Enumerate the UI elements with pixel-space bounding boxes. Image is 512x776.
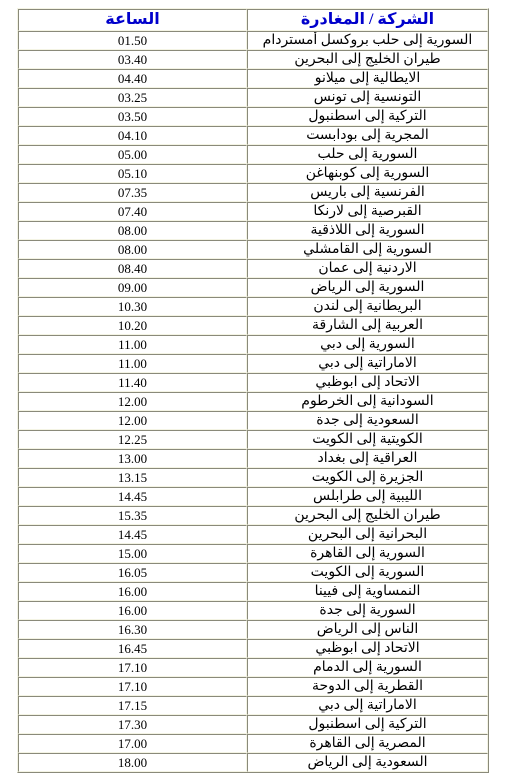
time-cell: 16.00 [18,601,247,620]
time-cell: 14.45 [18,487,247,506]
company-cell: التركية إلى اسطنبول [247,715,488,734]
table-row: النمساوية إلى فيينا16.00 [18,582,488,601]
company-cell: العربية إلى الشارقة [247,316,488,335]
time-cell: 17.00 [18,734,247,753]
table-row: المصرية إلى القاهرة17.00 [18,734,488,753]
time-cell: 11.00 [18,354,247,373]
time-cell: 05.10 [18,164,247,183]
time-column-header: الساعة [18,9,247,31]
table-row: الاتحاد إلى ابوظبي11.40 [18,373,488,392]
table-row: القبرصية إلى لارنكا07.40 [18,202,488,221]
departures-page: الشركة / المغادرة الساعة السورية إلى حلب… [0,0,512,773]
company-cell: السورية إلى حلب [247,145,488,164]
table-row: السورية إلى دبي11.00 [18,335,488,354]
time-cell: 09.00 [18,278,247,297]
company-cell: السودانية إلى الخرطوم [247,392,488,411]
time-cell: 13.15 [18,468,247,487]
table-row: الاماراتية إلى دبي17.15 [18,696,488,715]
company-cell: الجزيرة إلى الكويت [247,468,488,487]
company-cell: القبرصية إلى لارنكا [247,202,488,221]
time-cell: 16.45 [18,639,247,658]
company-cell: الايطالية إلى ميلانو [247,69,488,88]
time-cell: 08.00 [18,221,247,240]
header-row: الشركة / المغادرة الساعة [18,9,488,31]
company-column-header: الشركة / المغادرة [247,9,488,31]
table-row: السودانية إلى الخرطوم12.00 [18,392,488,411]
time-cell: 05.00 [18,145,247,164]
departures-table-body: السورية إلى حلب بروكسل أمستردام01.50طيرا… [18,31,488,772]
table-row: المجرية إلى بودابست04.10 [18,126,488,145]
time-cell: 12.00 [18,392,247,411]
time-cell: 15.00 [18,544,247,563]
table-row: البريطانية إلى لندن10.30 [18,297,488,316]
table-row: الجزيرة إلى الكويت13.15 [18,468,488,487]
table-row: طيران الخليج إلى البحرين03.40 [18,50,488,69]
time-cell: 17.15 [18,696,247,715]
company-cell: السعودية إلى جدة [247,411,488,430]
time-cell: 17.30 [18,715,247,734]
table-row: الاردنية إلى عمان08.40 [18,259,488,278]
table-row: السعودية إلى جدة12.00 [18,411,488,430]
company-cell: السورية إلى الرياض [247,278,488,297]
table-row: العربية إلى الشارقة10.20 [18,316,488,335]
company-cell: البحرانية إلى البحرين [247,525,488,544]
table-row: السورية إلى الدمام17.10 [18,658,488,677]
company-cell: السورية إلى كوبنهاغن [247,164,488,183]
company-cell: السورية إلى القاهرة [247,544,488,563]
company-cell: السعودية إلى الرياض [247,753,488,772]
time-cell: 10.30 [18,297,247,316]
company-cell: طيران الخليج إلى البحرين [247,50,488,69]
table-row: العراقية إلى بغداد13.00 [18,449,488,468]
company-cell: السورية إلى جدة [247,601,488,620]
company-cell: المصرية إلى القاهرة [247,734,488,753]
time-cell: 10.20 [18,316,247,335]
time-cell: 11.40 [18,373,247,392]
company-cell: السورية إلى الكويت [247,563,488,582]
time-cell: 03.50 [18,107,247,126]
company-cell: السورية إلى القامشلي [247,240,488,259]
time-cell: 03.25 [18,88,247,107]
table-row: القطرية إلى الدوحة17.10 [18,677,488,696]
company-cell: طيران الخليج إلى البحرين [247,506,488,525]
table-row: التركية إلى اسطنبول17.30 [18,715,488,734]
company-cell: القطرية إلى الدوحة [247,677,488,696]
time-cell: 04.10 [18,126,247,145]
company-cell: الناس إلى الرياض [247,620,488,639]
table-row: السورية إلى حلب05.00 [18,145,488,164]
table-row: الفرنسية إلى باريس07.35 [18,183,488,202]
table-row: السورية إلى القامشلي08.00 [18,240,488,259]
company-cell: الكويتية إلى الكويت [247,430,488,449]
time-cell: 03.40 [18,50,247,69]
departures-table: الشركة / المغادرة الساعة السورية إلى حلب… [17,8,489,773]
company-cell: السورية إلى حلب بروكسل أمستردام [247,31,488,50]
table-row: السورية إلى كوبنهاغن05.10 [18,164,488,183]
company-cell: الاماراتية إلى دبي [247,696,488,715]
time-cell: 17.10 [18,677,247,696]
table-row: الاماراتية إلى دبي11.00 [18,354,488,373]
company-cell: السورية إلى الدمام [247,658,488,677]
time-cell: 15.35 [18,506,247,525]
time-cell: 07.35 [18,183,247,202]
company-cell: العراقية إلى بغداد [247,449,488,468]
time-cell: 18.00 [18,753,247,772]
table-row: السعودية إلى الرياض18.00 [18,753,488,772]
time-cell: 13.00 [18,449,247,468]
company-cell: البريطانية إلى لندن [247,297,488,316]
company-cell: السورية إلى دبي [247,335,488,354]
table-row: السورية إلى حلب بروكسل أمستردام01.50 [18,31,488,50]
table-row: التونسية إلى تونس03.25 [18,88,488,107]
company-cell: المجرية إلى بودابست [247,126,488,145]
table-row: السورية إلى الرياض09.00 [18,278,488,297]
company-cell: النمساوية إلى فيينا [247,582,488,601]
table-row: الكويتية إلى الكويت12.25 [18,430,488,449]
time-cell: 08.00 [18,240,247,259]
time-cell: 04.40 [18,69,247,88]
table-row: البحرانية إلى البحرين14.45 [18,525,488,544]
table-row: التركية إلى اسطنبول03.50 [18,107,488,126]
time-cell: 01.50 [18,31,247,50]
table-row: الناس إلى الرياض16.30 [18,620,488,639]
time-cell: 14.45 [18,525,247,544]
company-cell: التركية إلى اسطنبول [247,107,488,126]
company-cell: الليبية إلى طرابلس [247,487,488,506]
company-cell: الاردنية إلى عمان [247,259,488,278]
company-cell: السورية إلى اللاذقية [247,221,488,240]
time-cell: 07.40 [18,202,247,221]
table-row: السورية إلى الكويت16.05 [18,563,488,582]
table-row: السورية إلى اللاذقية08.00 [18,221,488,240]
time-cell: 12.25 [18,430,247,449]
table-row: الليبية إلى طرابلس14.45 [18,487,488,506]
table-row: السورية إلى جدة16.00 [18,601,488,620]
company-cell: التونسية إلى تونس [247,88,488,107]
company-cell: الاتحاد إلى ابوظبي [247,639,488,658]
time-cell: 12.00 [18,411,247,430]
table-row: طيران الخليج إلى البحرين15.35 [18,506,488,525]
time-cell: 08.40 [18,259,247,278]
company-cell: الاتحاد إلى ابوظبي [247,373,488,392]
time-cell: 11.00 [18,335,247,354]
time-cell: 16.30 [18,620,247,639]
time-cell: 16.05 [18,563,247,582]
company-cell: الفرنسية إلى باريس [247,183,488,202]
company-cell: الاماراتية إلى دبي [247,354,488,373]
time-cell: 16.00 [18,582,247,601]
table-row: الاتحاد إلى ابوظبي16.45 [18,639,488,658]
table-row: الايطالية إلى ميلانو04.40 [18,69,488,88]
time-cell: 17.10 [18,658,247,677]
table-row: السورية إلى القاهرة15.00 [18,544,488,563]
